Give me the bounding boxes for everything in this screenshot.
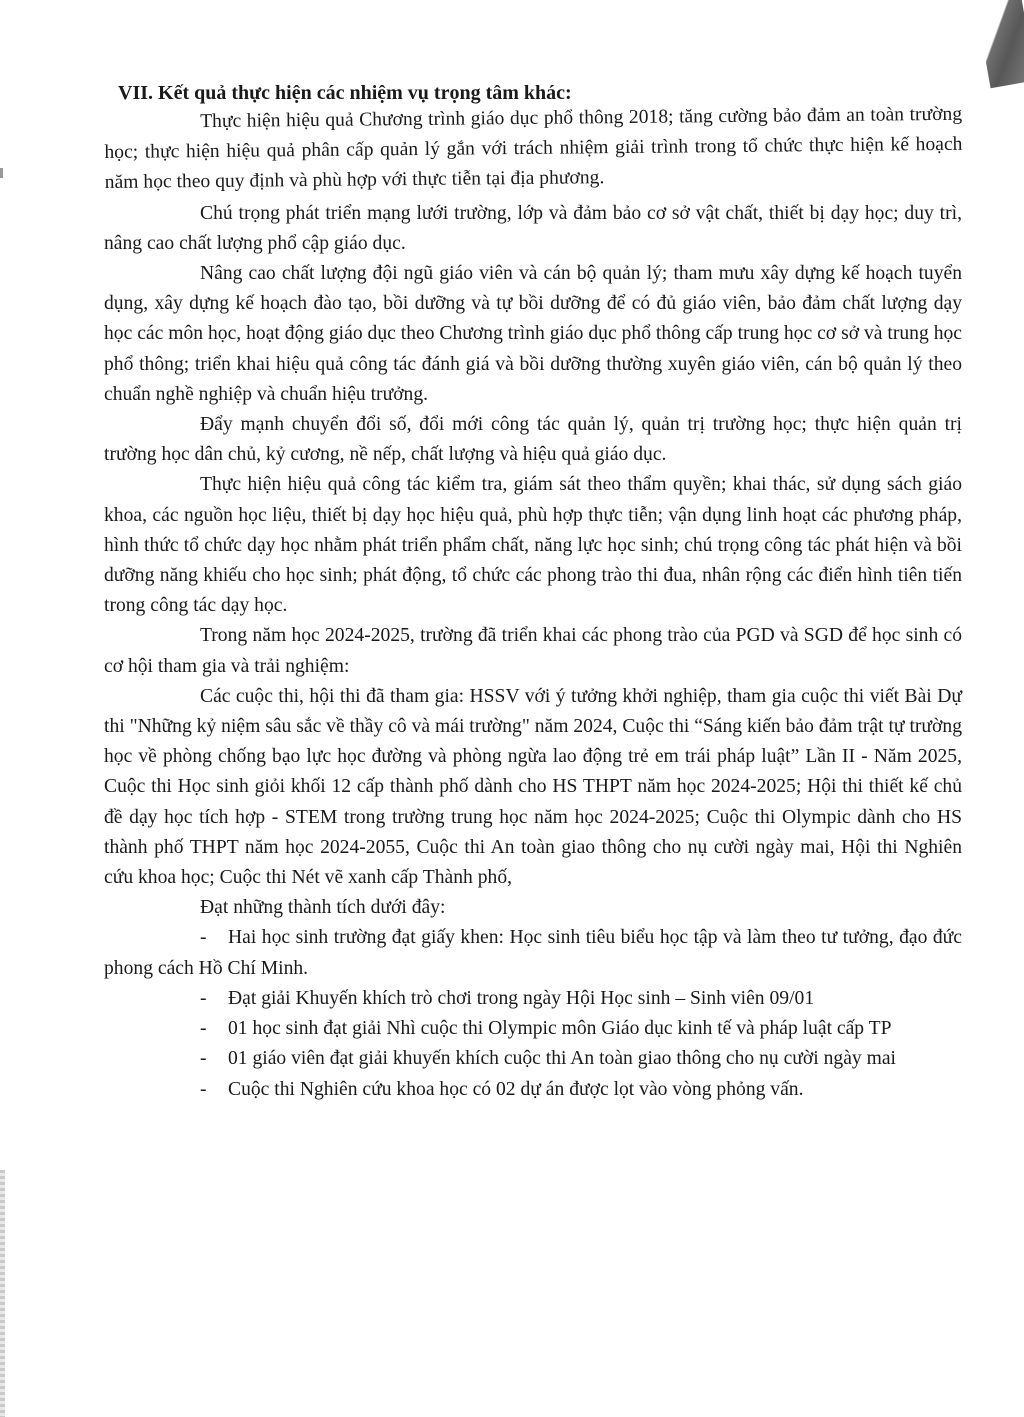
list-item: -Đạt giải Khuyến khích trò chơi trong ng…: [104, 984, 962, 1014]
bullet-dash: -: [200, 1044, 228, 1074]
list-item-text: Hai học sinh trường đạt giấy khen: Học s…: [104, 927, 962, 978]
scan-corner-mark: [974, 0, 1024, 88]
paragraph: Các cuộc thi, hội thi đã tham gia: HSSV …: [104, 682, 962, 893]
paragraph: Chú trọng phát triển mạng lưới trường, l…: [104, 199, 962, 259]
document-page: VII. Kết quả thực hiện các nhiệm vụ trọn…: [104, 78, 962, 1105]
paragraph: Thực hiện hiệu quả Chương trình giáo dục…: [104, 100, 963, 199]
achievements-list: -Hai học sinh trường đạt giấy khen: Học …: [104, 923, 962, 1104]
list-item-text: 01 giáo viên đạt giải khuyến khích cuộc …: [228, 1048, 896, 1069]
paragraph: Đẩy mạnh chuyển đổi số, đổi mới công tác…: [104, 410, 962, 470]
bullet-dash: -: [200, 1075, 228, 1105]
paragraph: Nâng cao chất lượng đội ngũ giáo viên và…: [104, 259, 962, 410]
list-item-text: Cuộc thi Nghiên cứu khoa học có 02 dự án…: [228, 1079, 804, 1100]
paragraph: Đạt những thành tích dưới đây:: [104, 893, 962, 923]
list-item-text: 01 học sinh đạt giải Nhì cuộc thi Olympi…: [228, 1018, 892, 1039]
list-item: -01 học sinh đạt giải Nhì cuộc thi Olymp…: [104, 1014, 962, 1044]
scan-left-edge: [0, 1170, 5, 1417]
bullet-dash: -: [200, 923, 228, 953]
list-item: -Cuộc thi Nghiên cứu khoa học có 02 dự á…: [104, 1075, 962, 1105]
paragraph: Trong năm học 2024-2025, trường đã triển…: [104, 621, 962, 681]
bullet-dash: -: [200, 984, 228, 1014]
list-item: -Hai học sinh trường đạt giấy khen: Học …: [104, 923, 962, 983]
paragraph: Thực hiện hiệu quả công tác kiểm tra, gi…: [104, 470, 962, 621]
list-item-text: Đạt giải Khuyến khích trò chơi trong ngà…: [228, 988, 814, 1009]
scan-edge-mark: [0, 168, 3, 178]
bullet-dash: -: [200, 1014, 228, 1044]
list-item: -01 giáo viên đạt giải khuyến khích cuộc…: [104, 1044, 962, 1074]
